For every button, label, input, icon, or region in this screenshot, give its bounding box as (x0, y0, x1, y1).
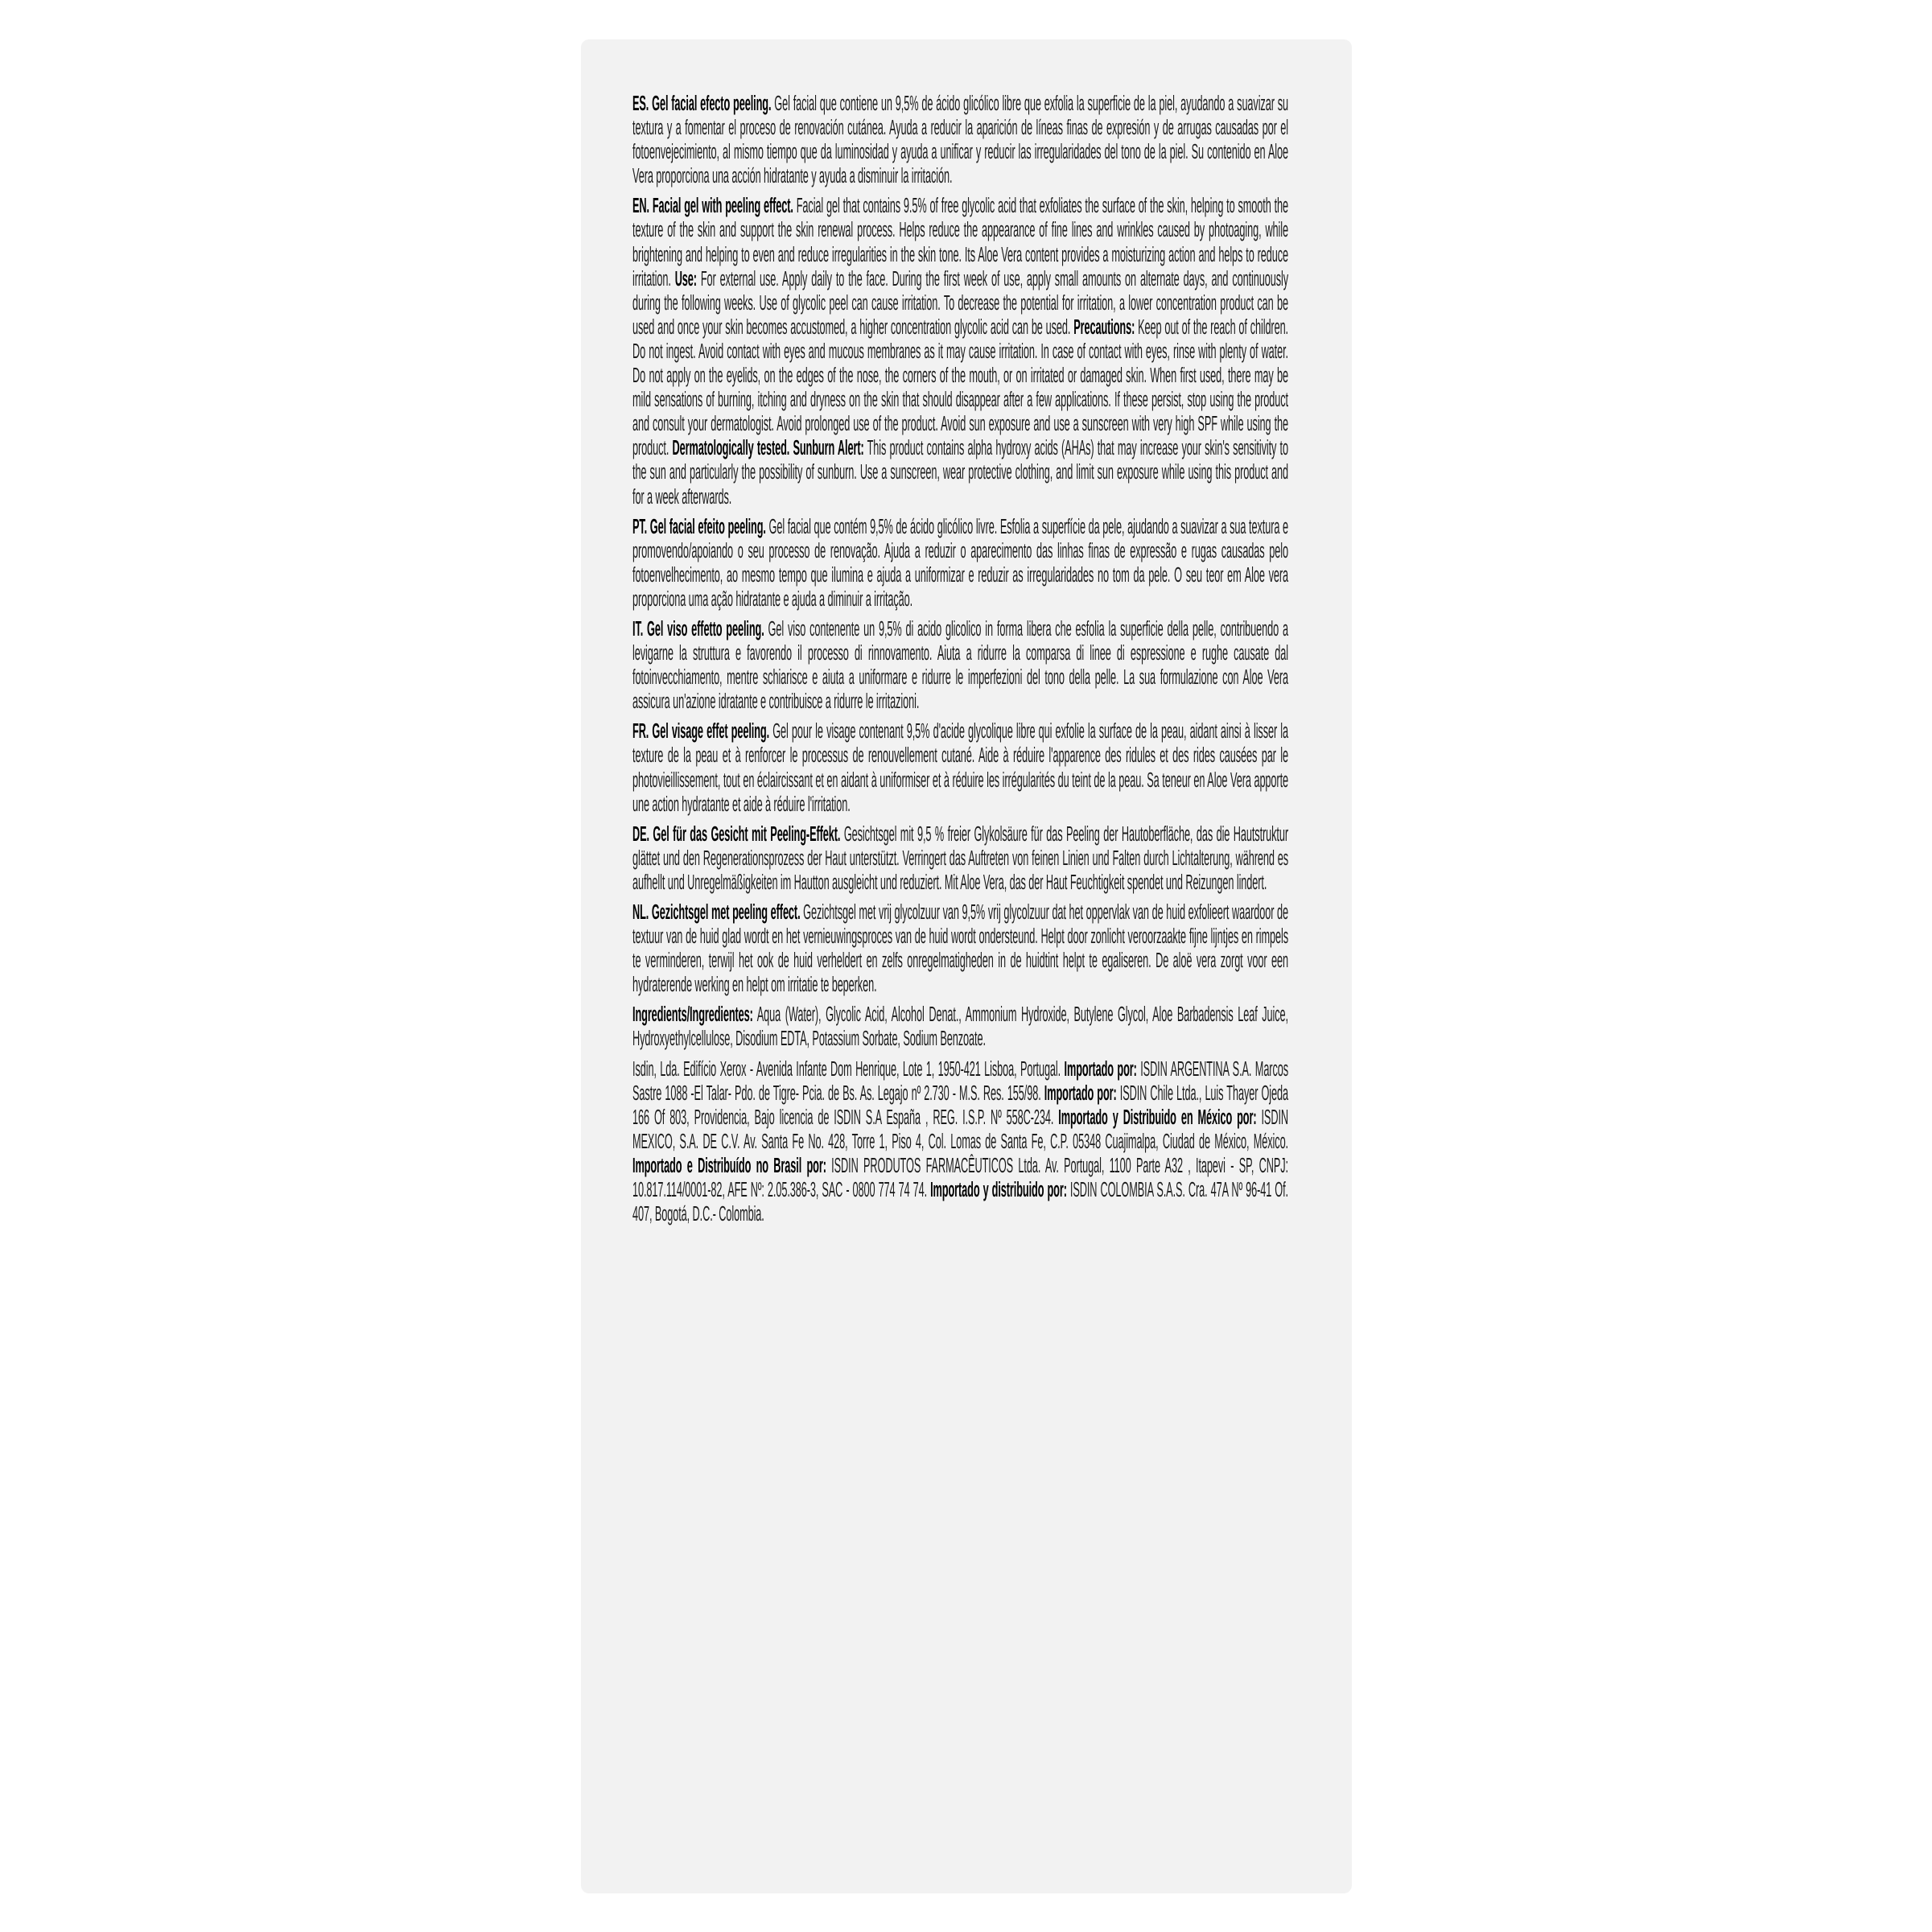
manufacturer-address: Isdin, Lda. Edifício Xerox - Avenida Inf… (632, 1058, 1065, 1081)
heading-importer-mexico: Importado y Distribuido en México por: (1058, 1106, 1256, 1129)
paragraph-ingredients: Ingredients/Ingredientes: Aqua (Water), … (632, 1003, 1288, 1051)
paragraph-de: DE. Gel für das Gesicht mit Peeling-Effe… (632, 822, 1288, 895)
heading-nl: NL. Gezichtsgel met peeling effect. (632, 901, 801, 924)
heading-importer-colombia: Importado y distribuido por: (930, 1179, 1067, 1201)
paragraph-fr: FR. Gel visage effet peeling. Gel pour l… (632, 719, 1288, 816)
heading-pt: PT. Gel facial efeito peeling. (632, 516, 766, 538)
paragraph-distribution: Isdin, Lda. Edifício Xerox - Avenida Inf… (632, 1057, 1288, 1227)
paragraph-nl: NL. Gezichtsgel met peeling effect. Gezi… (632, 900, 1288, 997)
paragraph-es: ES. Gel facial efecto peeling. Gel facia… (632, 92, 1288, 188)
heading-importer-argentina: Importado por: (1065, 1058, 1137, 1081)
heading-it: IT. Gel viso effetto peeling. (632, 618, 764, 641)
heading-ingredients: Ingredients/Ingredientes: (632, 1003, 753, 1026)
heading-en-precautions: Precautions: (1073, 316, 1135, 339)
heading-importer-chile: Importado por: (1044, 1082, 1117, 1105)
heading-importer-brasil: Importado e Distribuído no Brasil por: (632, 1155, 826, 1177)
label-text-column: ES. Gel facial efecto peeling. Gel facia… (632, 92, 1288, 1232)
paragraph-en: EN. Facial gel with peeling effect. Faci… (632, 194, 1288, 509)
paragraph-it: IT. Gel viso effetto peeling. Gel viso c… (632, 617, 1288, 714)
heading-fr: FR. Gel visage effet peeling. (632, 720, 769, 743)
heading-en-use: Use: (675, 268, 697, 290)
heading-en-sunburn-alert: Dermatologically tested. Sunburn Alert: (672, 437, 863, 459)
heading-en: EN. Facial gel with peeling effect. (632, 195, 793, 217)
heading-de: DE. Gel für das Gesicht mit Peeling-Effe… (632, 823, 840, 846)
heading-es: ES. Gel facial efecto peeling. (632, 93, 771, 115)
paragraph-pt: PT. Gel facial efeito peeling. Gel facia… (632, 515, 1288, 612)
